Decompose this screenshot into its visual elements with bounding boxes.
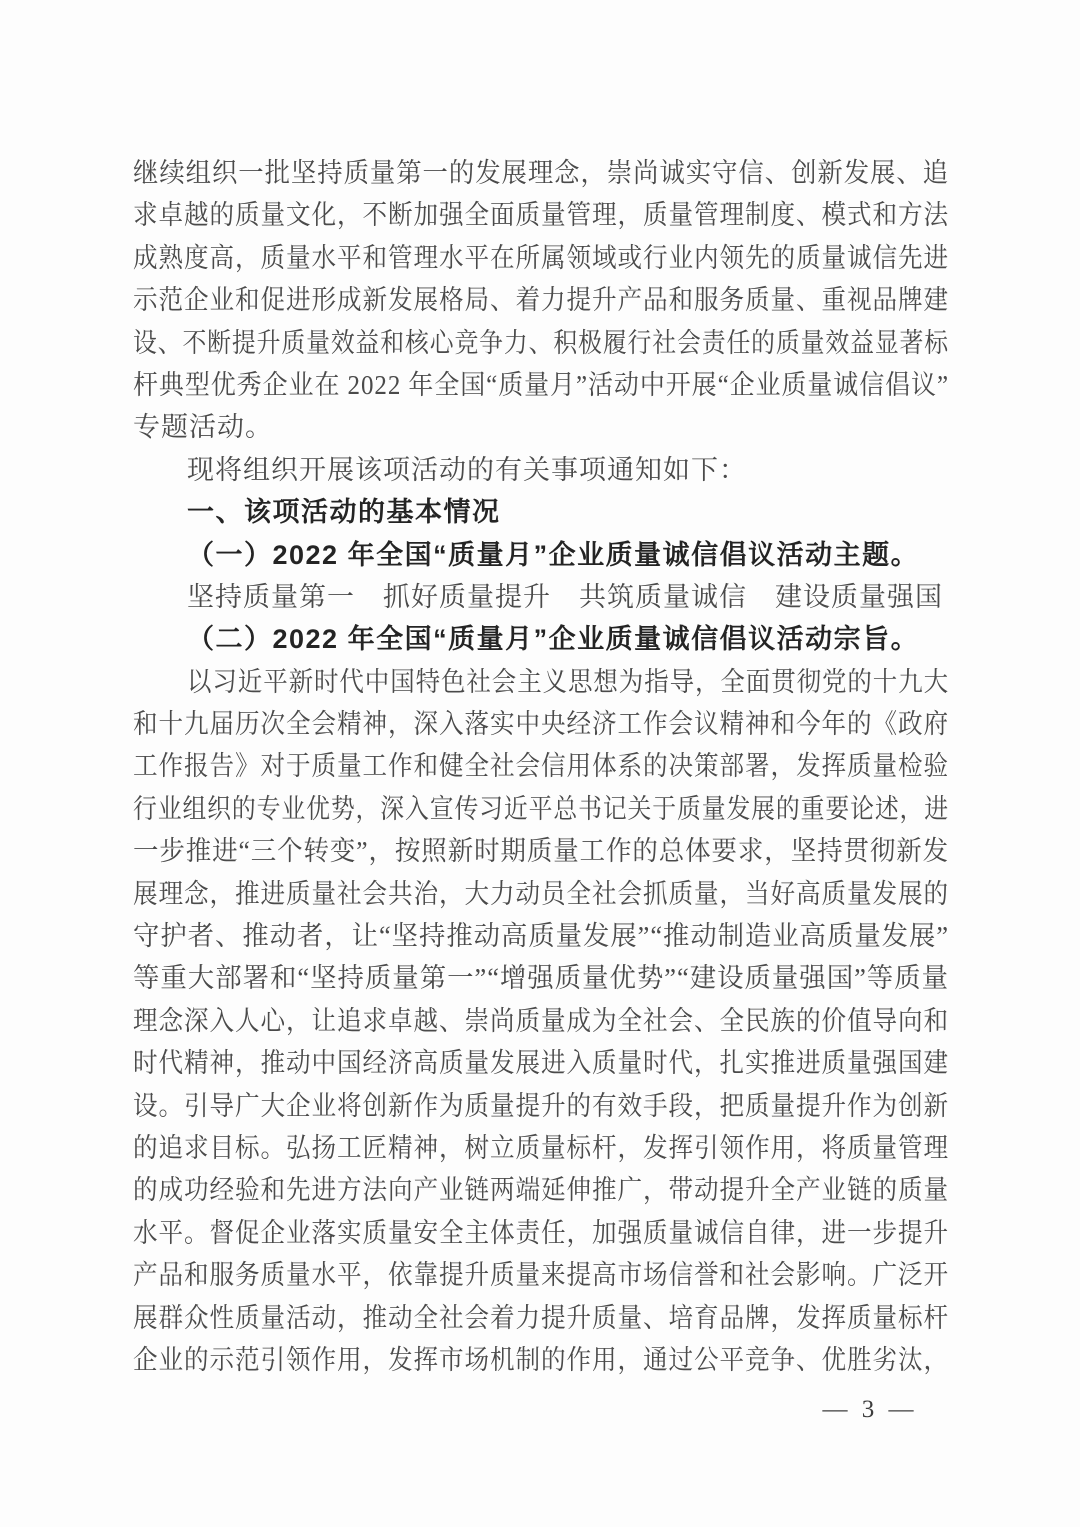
text-line-content: 企业的示范引领作用，发挥市场机制的作用，通过公平竞争、优胜劣汰， — [133, 1339, 949, 1381]
body-text-line: 现将组织开展该项活动的有关事项通知如下： — [133, 449, 949, 491]
text-line-content: 工作报告》对于质量工作和健全社会信用体系的决策部署，发挥质量检验 — [133, 745, 949, 787]
body-text-line: 坚持质量第一 抓好质量提升 共筑质量诚信 建设质量强国 — [133, 576, 949, 618]
text-line-content: 行业组织的专业优势，深入宣传习近平总书记关于质量发展的重要论述，进 — [133, 788, 949, 830]
body-text-line: 行业组织的专业优势，深入宣传习近平总书记关于质量发展的重要论述，进 — [133, 788, 949, 830]
text-line-content: 示范企业和促进形成新发展格局、着力提升产品和服务质量、重视品牌建 — [133, 279, 949, 321]
text-line-content: 以习近平新时代中国特色社会主义思想为指导，全面贯彻党的十九大 — [187, 661, 949, 703]
text-line-content: 水平。督促企业落实质量安全主体责任，加强质量诚信自律，进一步提升 — [133, 1212, 949, 1254]
body-text-line: 展群众性质量活动，推动全社会着力提升质量、培育品牌，发挥质量标杆 — [133, 1297, 949, 1339]
body-text-line: 求卓越的质量文化，不断加强全面质量管理，质量管理制度、模式和方法 — [133, 194, 949, 236]
section-heading: （一）2022 年全国“质量月”企业质量诚信倡议活动主题。 — [133, 534, 949, 576]
body-text-line: 工作报告》对于质量工作和健全社会信用体系的决策部署，发挥质量检验 — [133, 745, 949, 787]
body-text-line: 设。引导广大企业将创新作为质量提升的有效手段，把质量提升作为创新 — [133, 1085, 949, 1127]
text-line-content: 的成功经验和先进方法向产业链两端延伸推广，带动提升全产业链的质量 — [133, 1169, 949, 1211]
text-line-content: 的追求目标。弘扬工匠精神，树立质量标杆，发挥引领作用，将质量管理 — [133, 1127, 949, 1169]
body-text-line: 展理念，推进质量社会共治，大力动员全社会抓质量，当好高质量发展的 — [133, 873, 949, 915]
page-number: — 3 — — [770, 1396, 970, 1424]
body-text-line: 的成功经验和先进方法向产业链两端延伸推广，带动提升全产业链的质量 — [133, 1169, 949, 1211]
body-text-line: 的追求目标。弘扬工匠精神，树立质量标杆，发挥引领作用，将质量管理 — [133, 1127, 949, 1169]
text-line-content: 和十九届历次全会精神，深入落实中央经济工作会议精神和今年的《政府 — [133, 703, 949, 745]
section-heading: 一、该项活动的基本情况 — [133, 491, 949, 533]
text-line-content: 坚持质量第一 抓好质量提升 共筑质量诚信 建设质量强国 — [187, 576, 943, 618]
text-line-content: 求卓越的质量文化，不断加强全面质量管理，质量管理制度、模式和方法 — [133, 194, 949, 236]
text-line-content: 时代精神，推动中国经济高质量发展进入质量时代，扎实推进质量强国建 — [133, 1042, 949, 1084]
text-line-content: 展理念，推进质量社会共治，大力动员全社会抓质量，当好高质量发展的 — [133, 873, 949, 915]
text-line-content: 继续组织一批坚持质量第一的发展理念，崇尚诚实守信、创新发展、追 — [133, 152, 949, 194]
body-text-line: 守护者、推动者，让“坚持推动高质量发展”“推动制造业高质量发展” — [133, 915, 949, 957]
text-line-content: 设。引导广大企业将创新作为质量提升的有效手段，把质量提升作为创新 — [133, 1085, 949, 1127]
text-line-content: 一、该项活动的基本情况 — [187, 491, 501, 533]
body-text-line: 产品和服务质量水平，依靠提升质量来提高市场信誉和社会影响。广泛开 — [133, 1254, 949, 1296]
body-text-line: 以习近平新时代中国特色社会主义思想为指导，全面贯彻党的十九大 — [133, 661, 949, 703]
body-text-line: 杆典型优秀企业在 2022 年全国“质量月”活动中开展“企业质量诚信倡议” — [133, 364, 949, 406]
text-line-content: 守护者、推动者，让“坚持推动高质量发展”“推动制造业高质量发展” — [133, 915, 949, 957]
text-line-content: 现将组织开展该项活动的有关事项通知如下： — [187, 449, 747, 491]
body-text-line: 水平。督促企业落实质量安全主体责任，加强质量诚信自律，进一步提升 — [133, 1212, 949, 1254]
body-text-line: 理念深入人心，让追求卓越、崇尚质量成为全社会、全民族的价值导向和 — [133, 1000, 949, 1042]
body-text-line: 示范企业和促进形成新发展格局、着力提升产品和服务质量、重视品牌建 — [133, 279, 949, 321]
document-text-block: 继续组织一批坚持质量第一的发展理念，崇尚诚实守信、创新发展、追求卓越的质量文化，… — [133, 152, 949, 1381]
text-line-content: 展群众性质量活动，推动全社会着力提升质量、培育品牌，发挥质量标杆 — [133, 1297, 949, 1339]
body-text-line: 等重大部署和“坚持质量第一”“增强质量优势”“建设质量强国”等质量 — [133, 957, 949, 999]
text-line-content: 一步推进“三个转变”，按照新时期质量工作的总体要求，坚持贯彻新发 — [133, 830, 949, 872]
section-heading: （二）2022 年全国“质量月”企业质量诚信倡议活动宗旨。 — [133, 618, 949, 660]
body-text-line: 企业的示范引领作用，发挥市场机制的作用，通过公平竞争、优胜劣汰， — [133, 1339, 949, 1381]
body-text-line: 设、不断提升质量效益和核心竞争力、积极履行社会责任的质量效益显著标 — [133, 322, 949, 364]
text-line-content: 设、不断提升质量效益和核心竞争力、积极履行社会责任的质量效益显著标 — [133, 322, 949, 364]
text-line-content: 理念深入人心，让追求卓越、崇尚质量成为全社会、全民族的价值导向和 — [133, 1000, 949, 1042]
body-text-line: 一步推进“三个转变”，按照新时期质量工作的总体要求，坚持贯彻新发 — [133, 830, 949, 872]
body-text-line: 和十九届历次全会精神，深入落实中央经济工作会议精神和今年的《政府 — [133, 703, 949, 745]
text-line-content: （一）2022 年全国“质量月”企业质量诚信倡议活动主题。 — [187, 534, 919, 576]
text-line-content: 成熟度高，质量水平和管理水平在所属领域或行业内领先的质量诚信先进 — [133, 237, 949, 279]
text-line-content: 产品和服务质量水平，依靠提升质量来提高市场信誉和社会影响。广泛开 — [133, 1254, 949, 1296]
text-line-content: 专题活动。 — [133, 406, 273, 448]
body-text-line: 专题活动。 — [133, 406, 949, 448]
body-text-line: 成熟度高，质量水平和管理水平在所属领域或行业内领先的质量诚信先进 — [133, 237, 949, 279]
text-line-content: 等重大部署和“坚持质量第一”“增强质量优势”“建设质量强国”等质量 — [133, 957, 949, 999]
scanned-document-page: 继续组织一批坚持质量第一的发展理念，崇尚诚实守信、创新发展、追求卓越的质量文化，… — [0, 0, 1080, 1527]
text-line-content: 杆典型优秀企业在 2022 年全国“质量月”活动中开展“企业质量诚信倡议” — [133, 364, 949, 406]
body-text-line: 时代精神，推动中国经济高质量发展进入质量时代，扎实推进质量强国建 — [133, 1042, 949, 1084]
text-line-content: （二）2022 年全国“质量月”企业质量诚信倡议活动宗旨。 — [187, 618, 919, 660]
body-text-line: 继续组织一批坚持质量第一的发展理念，崇尚诚实守信、创新发展、追 — [133, 152, 949, 194]
